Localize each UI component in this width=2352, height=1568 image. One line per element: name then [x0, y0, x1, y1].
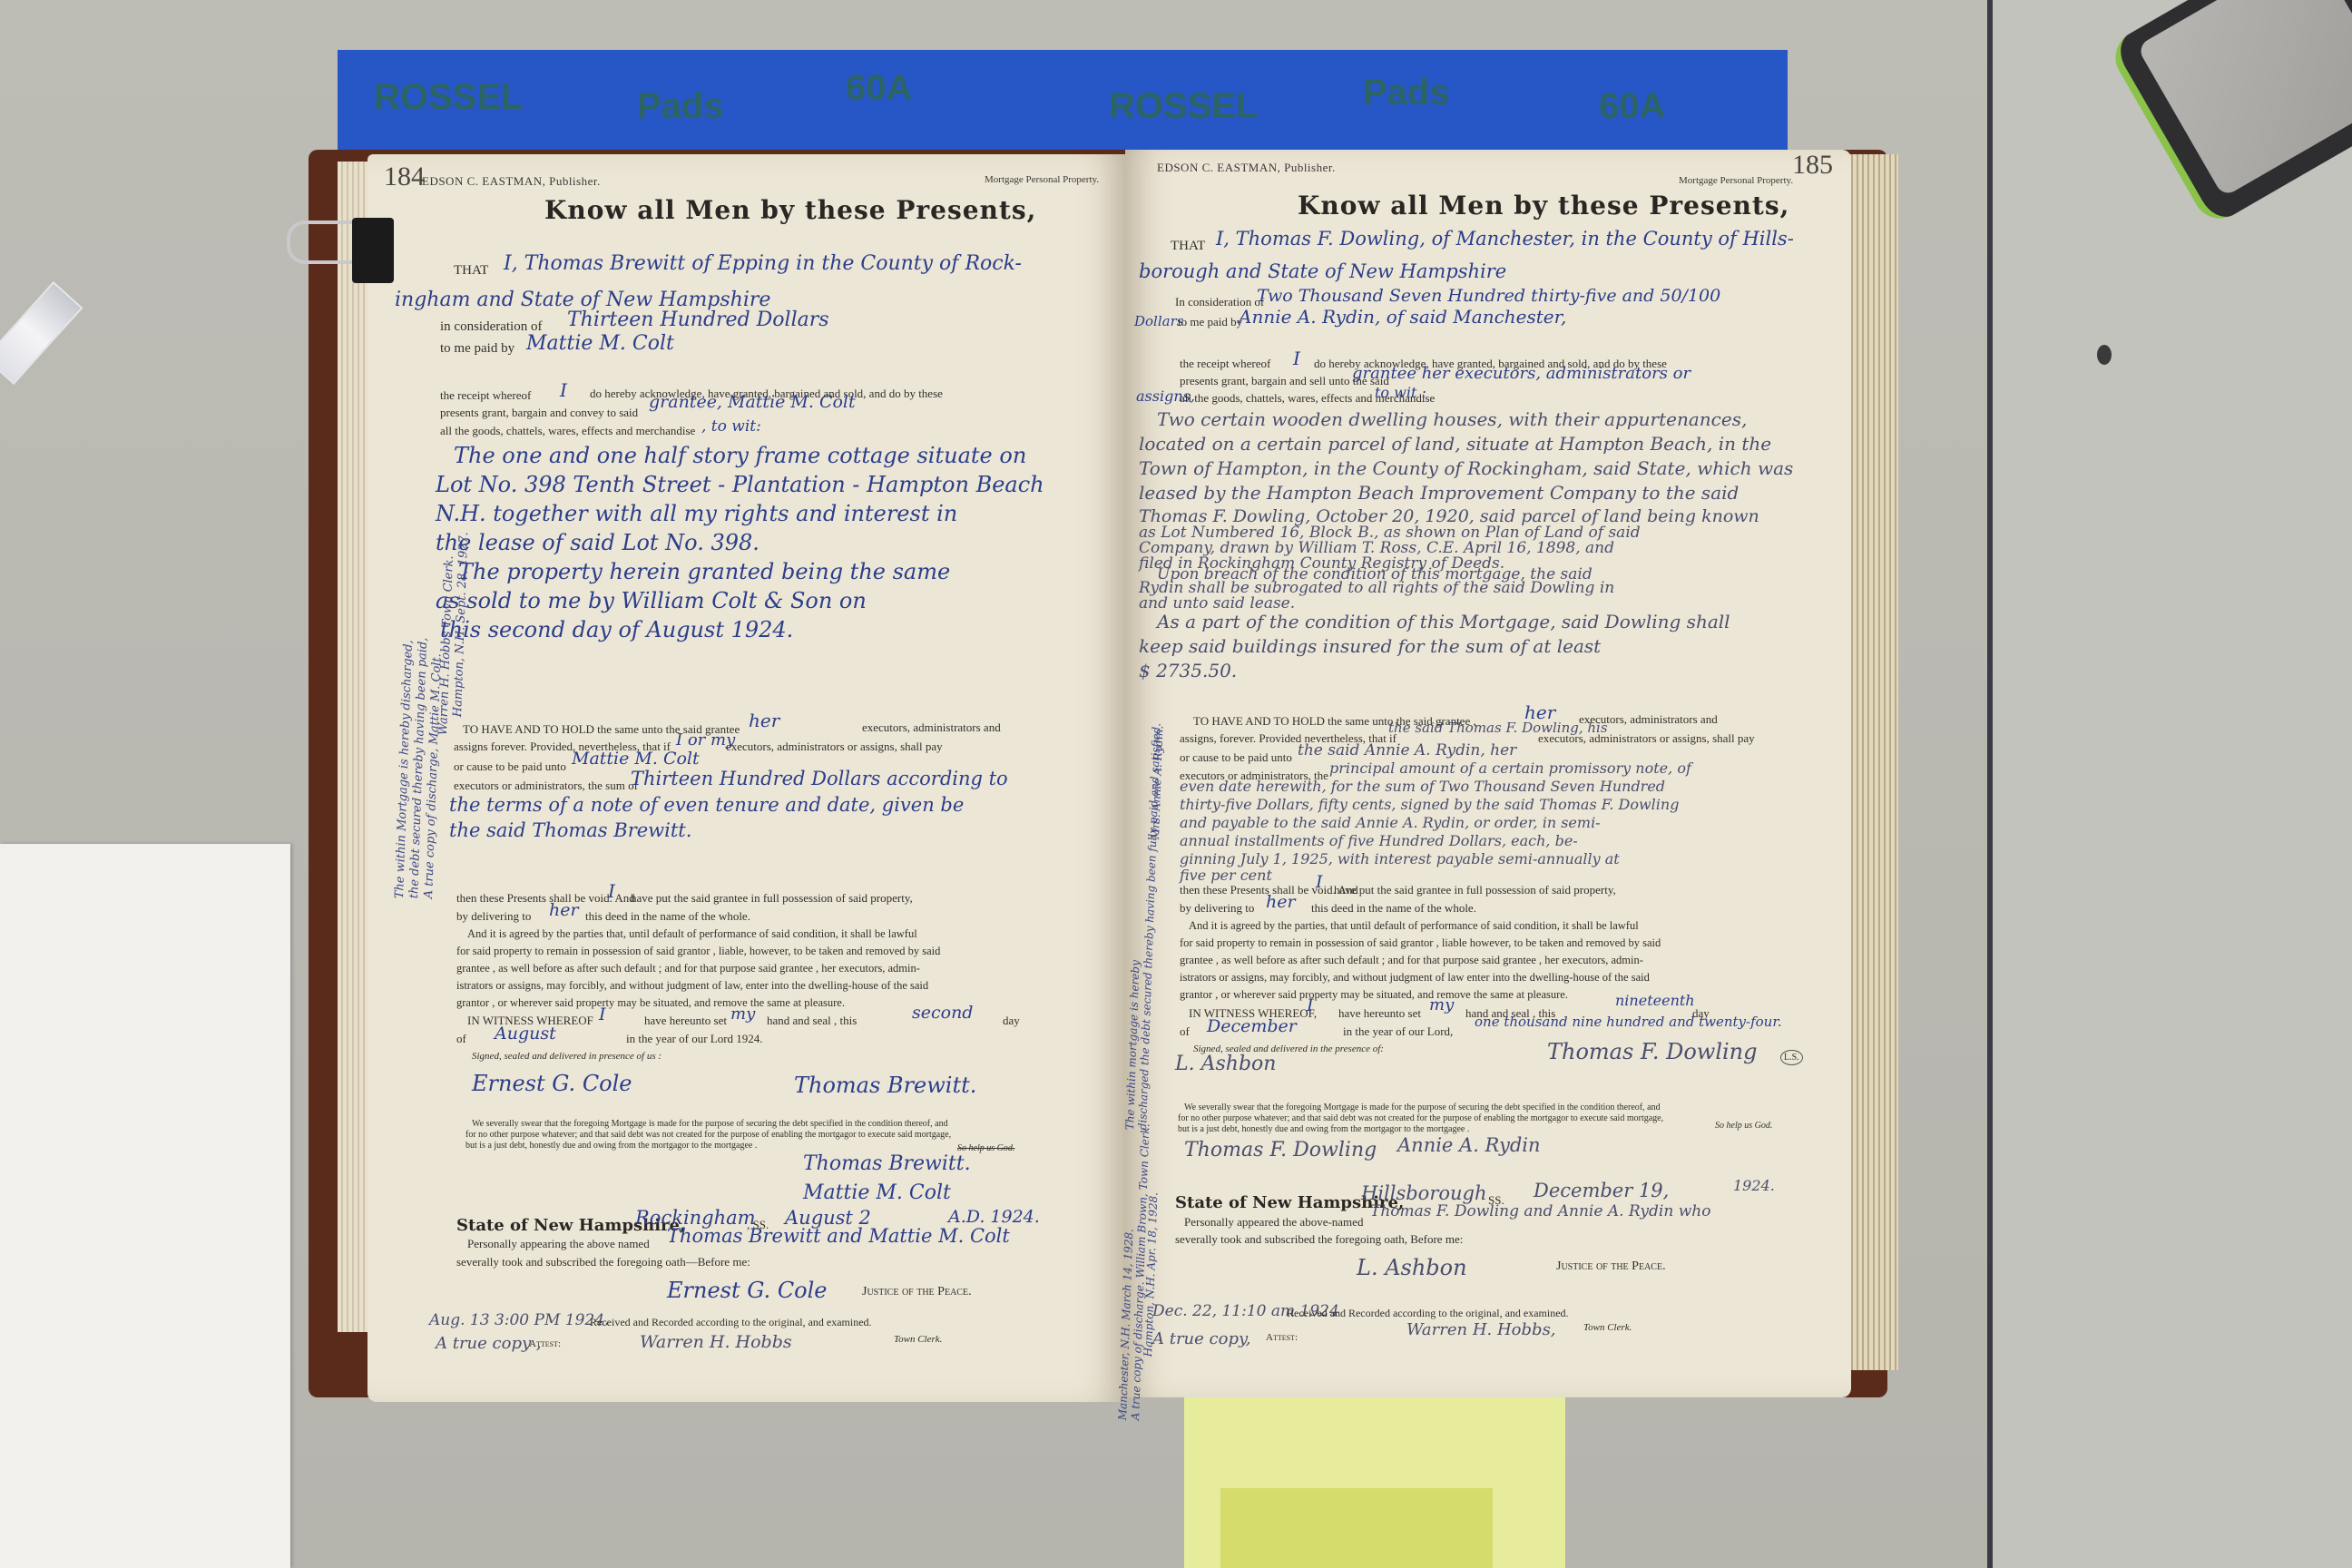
true-copy-note: A true copy,: [1152, 1329, 1250, 1348]
print-label: Received and Recorded according to the o…: [590, 1316, 872, 1329]
true-copy-note: A true copy ,: [436, 1334, 542, 1353]
right-page: EDSON C. EASTMAN, Publisher. 185 Mortgag…: [1125, 150, 1851, 1397]
print-label: to me paid by: [1178, 315, 1242, 329]
oath-signature: Thomas F. Dowling: [1184, 1139, 1377, 1161]
print-label: by delivering to: [1180, 901, 1254, 916]
agreement-clause: istrators or assigns, may forcibly, and …: [1180, 971, 1650, 985]
print-label: this deed in the name of the whole.: [1311, 901, 1476, 916]
print-label: by delivering to: [456, 909, 531, 924]
print-label: Town Clerk.: [1583, 1322, 1632, 1333]
handwritten-word: I: [1307, 995, 1314, 1015]
form-type: Mortgage Personal Property.: [1679, 175, 1793, 186]
handwritten-word: her: [749, 710, 779, 731]
seal-mark: L.S.: [1780, 1050, 1803, 1065]
property-description-line: Lot No. 398 Tenth Street - Plantation - …: [436, 472, 1044, 497]
oath-text: for no other purpose whatever; and that …: [465, 1130, 951, 1140]
sum-line: Thirteen Hundred Dollars according to: [631, 768, 1008, 789]
screw-hole: [2097, 345, 2112, 365]
tape-print: ROSSEL: [1109, 86, 1258, 127]
print-label: day: [1003, 1014, 1020, 1028]
sum-line: ginning July 1, 1925, with interest paya…: [1180, 850, 1620, 867]
print-label: executors, administrators or assigns, sh…: [1538, 731, 1755, 746]
property-description-line: located on a certain parcel of land, sit…: [1139, 433, 1771, 455]
grantor-signature: Thomas F. Dowling: [1547, 1039, 1758, 1064]
handwritten-word: August: [495, 1024, 556, 1044]
oath-year: 1924.: [1733, 1177, 1775, 1194]
oath-text: We severally swear that the foregoing Mo…: [472, 1119, 948, 1129]
justice-signature: L. Ashbon: [1357, 1255, 1467, 1280]
binder-clip-handle: [287, 220, 354, 264]
property-description-line: Two certain wooden dwelling houses, with…: [1157, 408, 1747, 430]
oath-date: December 19,: [1534, 1180, 1669, 1201]
handwritten-word: Dollars: [1134, 313, 1183, 329]
form-heading: Know all Men by these Presents,: [544, 195, 1036, 225]
print-label: Attest:: [1266, 1332, 1298, 1343]
property-description-line: Town of Hampton, in the County of Rockin…: [1139, 457, 1793, 479]
justice-label: Justice of the Peace.: [1556, 1259, 1666, 1274]
print-label: THAT: [1171, 239, 1205, 254]
justice-label: Justice of the Peace.: [862, 1285, 972, 1299]
grantee-heirs: grantee her executors, administrators or: [1352, 364, 1690, 383]
print-label: severally took and subscribed the forego…: [456, 1255, 750, 1269]
oath-text: but is a just debt, honestly due and owi…: [1178, 1124, 1469, 1134]
agreement-clause: And it is agreed by the parties that, un…: [467, 927, 917, 941]
print-label: have hereunto set: [1338, 1006, 1421, 1021]
print-label: executors, administrators or assigns, sh…: [726, 740, 943, 754]
page-stack-right[interactable]: [1847, 154, 1898, 1370]
handwritten-word: I: [1293, 348, 1300, 369]
sticky-note[interactable]: [1220, 1488, 1493, 1568]
grantee-name: grantee, Mattie M. Colt: [649, 392, 856, 412]
print-label: in the year of our Lord 1924.: [626, 1032, 763, 1046]
handwritten-word: , to wit:: [701, 417, 761, 436]
clerk-signature: Warren H. Hobbs,: [1406, 1320, 1556, 1339]
desk-panel-right: [1987, 0, 2352, 1568]
tape-print: 60A: [846, 68, 912, 109]
print-label: Town Clerk.: [894, 1334, 942, 1345]
tape-print: ROSSEL: [374, 77, 523, 118]
insurance-amount: $ 2735.50.: [1139, 660, 1237, 681]
print-label: hand and seal , this: [767, 1014, 857, 1028]
agreement-clause: grantor , or wherever said property may …: [456, 996, 845, 1010]
consideration-amount: Two Thousand Seven Hundred thirty-five a…: [1257, 286, 1720, 306]
print-label: THAT: [454, 263, 488, 279]
oath-signature: Thomas Brewitt.: [803, 1152, 971, 1175]
property-description-line: as sold to me by William Colt & Son on: [436, 588, 867, 613]
print-label: executors or administrators, the sum of: [454, 779, 638, 793]
justice-signature: Ernest G. Cole: [667, 1278, 828, 1303]
grantor-line: I, Thomas Brewitt of Epping in the Count…: [504, 252, 1022, 275]
print-label: severally took and subscribed the forego…: [1175, 1232, 1463, 1247]
print-label: have put the said grantee in full posses…: [631, 891, 913, 906]
print-label: have put the said grantee in full posses…: [1334, 883, 1616, 897]
left-page: 184 EDSON C. EASTMAN, Publisher. Mortgag…: [367, 154, 1125, 1402]
grantor-line: borough and State of New Hampshire: [1139, 260, 1506, 282]
county-name: Hillsborough: [1361, 1182, 1487, 1204]
print-label: or cause to be paid unto: [1180, 750, 1292, 765]
handwritten-word: I: [608, 880, 615, 902]
handwritten-word: I: [560, 379, 567, 401]
agreement-clause: istrators or assigns, may forcibly, and …: [456, 979, 928, 993]
print-label: have hereunto set: [644, 1014, 727, 1028]
discharge-margin-note: Mrs. Annie A. Rydin.: [1149, 725, 1165, 839]
handwritten-word: her: [1266, 892, 1296, 912]
agreement-clause: for said property to remain in possessio…: [1180, 936, 1661, 950]
property-description-line: N.H. together with all my rights and int…: [436, 501, 957, 526]
grantor-signature: Thomas Brewitt.: [794, 1073, 976, 1098]
publisher-line: EDSON C. EASTMAN, Publisher.: [422, 174, 601, 189]
property-description-line: the lease of said Lot No. 398.: [436, 530, 759, 555]
oath-text: for no other purpose whatever; and that …: [1178, 1113, 1663, 1123]
sum-line: principal amount of a certain promissory…: [1329, 759, 1691, 777]
handwritten-word: I: [599, 1004, 606, 1024]
agreement-clause: for said property to remain in possessio…: [456, 945, 940, 958]
oath-text: but is a just debt, honestly due and owi…: [465, 1141, 757, 1151]
witness-signature: Ernest G. Cole: [472, 1071, 632, 1096]
property-description-line: keep said buildings insured for the sum …: [1139, 635, 1601, 657]
print-label: or cause to be paid unto: [454, 759, 566, 774]
agreement-clause: grantor , or wherever said property may …: [1180, 988, 1568, 1002]
handwritten-word: my: [730, 1004, 755, 1024]
grantee-name: the said Annie A. Rydin, her: [1298, 741, 1516, 759]
appearing-parties: Thomas F. Dowling and Annie A. Rydin who: [1370, 1202, 1710, 1220]
print-label: executors, administrators and: [862, 720, 1001, 735]
tape-print: Pads: [1363, 73, 1450, 113]
property-description-line: and unto said lease.: [1139, 594, 1295, 612]
witness-signature: L. Ashbon: [1175, 1053, 1276, 1075]
form-heading: Know all Men by these Presents,: [1298, 191, 1789, 220]
handwritten-word: second: [912, 1003, 973, 1023]
grantor-line: I, Thomas F. Dowling, of Manchester, in …: [1216, 228, 1794, 250]
binder-clip: [352, 218, 394, 283]
print-label: Personally appearing the above named: [467, 1237, 650, 1251]
sum-line: five per cent: [1180, 867, 1272, 884]
handwritten-word: nineteenth: [1615, 992, 1695, 1009]
property-description-line: As a part of the condition of this Mortg…: [1157, 611, 1730, 632]
appearing-parties: Thomas Brewitt and Mattie M. Colt: [667, 1225, 1010, 1247]
consideration-amount: Thirteen Hundred Dollars: [567, 309, 829, 331]
blue-tape-strip: ROSSEL Pads 60A ROSSEL Pads 60A: [338, 50, 1788, 159]
grantee-name: Annie A. Rydin, of said Manchester,: [1239, 306, 1566, 328]
page-number: 185: [1792, 150, 1833, 181]
oath-signature: Mattie M. Colt: [803, 1181, 951, 1204]
agreement-clause: grantee , as well before as after such d…: [1180, 954, 1643, 967]
property-description-line: The property herein granted being the sa…: [458, 559, 950, 584]
sum-line: even date herewith, for the sum of Two T…: [1180, 778, 1665, 795]
handwritten-word: December: [1207, 1016, 1297, 1036]
property-description-line: this second day of August 1924.: [440, 617, 793, 642]
print-label: Attest:: [529, 1338, 561, 1349]
agreement-clause: And it is agreed by the parties, that un…: [1189, 919, 1639, 933]
handwritten-word: her: [549, 900, 579, 920]
tape-print: Pads: [637, 86, 724, 127]
recorded-date: Aug. 13 3:00 PM 1924.: [429, 1311, 609, 1329]
so-help-text: So help us God.: [1715, 1121, 1772, 1131]
white-paper-sheet: [0, 844, 290, 1568]
page-number: 184: [384, 162, 425, 192]
handwritten-word: my: [1429, 995, 1454, 1014]
print-label: this deed in the name of the whole.: [585, 909, 750, 924]
grantee-name: Mattie M. Colt: [526, 332, 674, 355]
publisher-line: EDSON C. EASTMAN, Publisher.: [1157, 161, 1336, 175]
oath-text: We severally swear that the foregoing Mo…: [1184, 1102, 1661, 1112]
print-label: the receipt whereof: [1180, 357, 1270, 371]
sum-line: and payable to the said Annie A. Rydin, …: [1180, 814, 1601, 831]
clerk-signature: Warren H. Hobbs: [640, 1332, 792, 1352]
print-label: Received and Recorded according to the o…: [1287, 1307, 1569, 1320]
tape-print: 60A: [1599, 86, 1665, 127]
handwritten-word: I: [1316, 872, 1323, 892]
print-label: in the year of our Lord,: [1343, 1024, 1453, 1039]
oath-year: A.D. 1924.: [948, 1207, 1040, 1227]
print-label: of: [1180, 1024, 1190, 1039]
print-label: the receipt whereof: [440, 388, 531, 403]
sum-line: annual installments of five Hundred Doll…: [1180, 832, 1578, 849]
print-label: presents grant, bargain and convey to sa…: [440, 406, 638, 420]
print-label: Personally appeared the above-named: [1184, 1215, 1363, 1230]
oath-signature: Annie A. Rydin: [1397, 1134, 1541, 1156]
print-label: all the goods, chattels, wares, effects …: [440, 424, 695, 438]
sum-line: thirty-five Dollars, fifty cents, signed…: [1180, 796, 1679, 813]
agreement-clause: grantee , as well before as after such d…: [456, 962, 920, 975]
form-type: Mortgage Personal Property.: [985, 174, 1099, 185]
print-label: to me paid by: [440, 341, 514, 357]
sum-line: the said Thomas Brewitt.: [449, 819, 691, 841]
grantee-name: Mattie M. Colt: [572, 749, 700, 769]
property-description-line: The one and one half story frame cottage…: [454, 443, 1026, 468]
print-label: Signed, sealed and delivered in presence…: [472, 1051, 661, 1062]
print-label: of: [456, 1032, 466, 1046]
property-description-line: leased by the Hampton Beach Improvement …: [1139, 482, 1739, 504]
handwritten-word: one thousand nine hundred and twenty-fou…: [1475, 1014, 1782, 1030]
handwritten-word: to wit :: [1375, 384, 1426, 401]
sum-line: the terms of a note of even tenure and d…: [449, 794, 964, 816]
